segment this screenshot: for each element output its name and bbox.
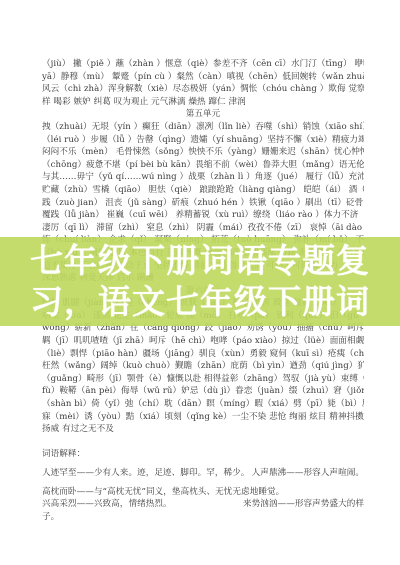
text-line: （léi ruò ）步履（lǚ ）告罄（qìng）遗孀（yí shuāng）坚持… xyxy=(42,134,364,147)
glossary-row: 人迹罕至——少有人来。迹，足迹、脚印。罕，稀少。 人声鼎沸——形容人声喧闹。 xyxy=(42,467,364,480)
text-line: 枉然（wǎng）阔绰（kuò chuò）觐瞻（zhān）庇荫（bì yìn）遒劲… xyxy=(42,360,364,373)
text-line: 凄厉（qī lì） 滞留（zhì） 窒息（zhì） 阴霾（mái）孜孜不倦（zī… xyxy=(42,222,364,235)
text-line: 羁（jī）叽叽喳喳（jī zhā）呵斥（hē chì）咆哮（páo xiào）掠… xyxy=(42,335,364,348)
glossary-entry: 兴高采烈——兴致高，情绪热烈。 xyxy=(42,498,172,511)
text-line: （jiù） 撇（piě ）蘸（zhàn ）惬意（qiè）参差不齐（cēn cī）… xyxy=(42,58,364,71)
glossary-row: 子。 xyxy=(42,511,364,524)
text-line: 贮藏（zhù）雪橇（qiāo） 胆怯（qiè） 踉踉跄跄（liàng qiàng… xyxy=(42,184,364,197)
unit5-heading: 第五单元 xyxy=(42,108,364,121)
text-line: （shàn bì）倚（yǐ）弛（chí）耽（dān）瞑（míng）暇（xiá）劈… xyxy=(42,398,364,411)
banner-title: 七年级下册词语专题复 习，语文七年级下册词 xyxy=(0,240,400,322)
text-line: 闷闷不乐（mèn） 毛骨悚然（sǒng）怏怏不乐（yàng）姗姗来迟（shān）… xyxy=(42,146,364,159)
text-line: 拽（zhuài）无垠（yín ）癫狂（diān）凛冽（lǐn liè）吞噬（sh… xyxy=(42,121,364,134)
text-line: 与其……毋宁（yǔ qí……wú nìng ）战栗（zhàn lì ）角逐（ju… xyxy=(42,171,364,184)
glossary-entry: 子。 xyxy=(42,511,59,524)
text-line: 覆践（lǚ jiàn） 崔巍（cuī wēi） 养精蓄锐（xù ruì）缭绕（l… xyxy=(42,209,364,222)
text-line: （liè）剽悍（piāo hàn）疆场（jiāng）驯良（xùn）勇毅 窥伺（k… xyxy=(42,348,364,361)
text-line: 样 喝彩 嫉妒 纠葛 叹为观止 元气淋漓 燥热 蹿仁 津润 xyxy=(42,96,364,109)
banner-title-line-1: 七年级下册词语专题复 xyxy=(0,240,400,281)
text-line: 寐（mèi）诱（yòu）黠（xiá）顷刻（qǐng kè）一尘不染 悲怆 绚丽 … xyxy=(42,411,364,424)
text-line: fù）鞍鞯（ān pèi）侮辱（wǔ rǔ）妒忌（dù jì）眷恋（juàn）缀… xyxy=(42,385,364,398)
document-page: （jiù） 撇（piě ）蘸（zhàn ）惬意（qiè）参差不齐（cēn cī）… xyxy=(0,0,400,565)
glossary-entry: 高枕而卧——与“高枕无忧”同义，垫高枕头、无忧无虑地睡觉。 xyxy=(42,486,284,499)
glossary-heading: 词语解释： xyxy=(42,448,364,461)
glossary-entry: 人声鼎沸——形容人声喧闹。 xyxy=(252,467,364,480)
glossary-entry: 人迹罕至——少有人来。迹，足迹、脚印。罕，稀少。 xyxy=(42,467,249,480)
text-line: 扬威 有过之无不及 xyxy=(42,423,364,436)
text-line: 风云（chì zhà）浑身解数（xiè）尽态极妍（yán）惆怅（chóu chà… xyxy=(42,83,364,96)
glossary-entry: 来势汹汹——形容声势盛大的样 xyxy=(243,498,364,511)
text-line: （chōng）疲惫不堪（pí bèi bù kān）畏缩不前（wèi）鲁莽大胆（… xyxy=(42,159,364,172)
glossary-row: 兴高采烈——兴致高，情绪热烈。 来势汹汹——形容声势盛大的样 xyxy=(42,498,364,511)
glossary-row: 高枕而卧——与“高枕无忧”同义，垫高枕头、无忧无虑地睡觉。 xyxy=(42,486,364,499)
text-line: 践（zuò jian） 沮丧（jǔ sàng）斫痕（zhuó hén ）铁锹（q… xyxy=(42,197,364,210)
text-line: （guǎng）畸形（jī）颚骨（è）慷慨以赴 相得益彰（zhāng）驾驭（jià… xyxy=(42,373,364,386)
text-line: yā）静穆（mù） 颦蹙（pín cù ）粲然（càn）嗔视（chēn）低回婉转… xyxy=(42,71,364,84)
banner-title-line-2: 习，语文七年级下册词 xyxy=(0,281,400,322)
